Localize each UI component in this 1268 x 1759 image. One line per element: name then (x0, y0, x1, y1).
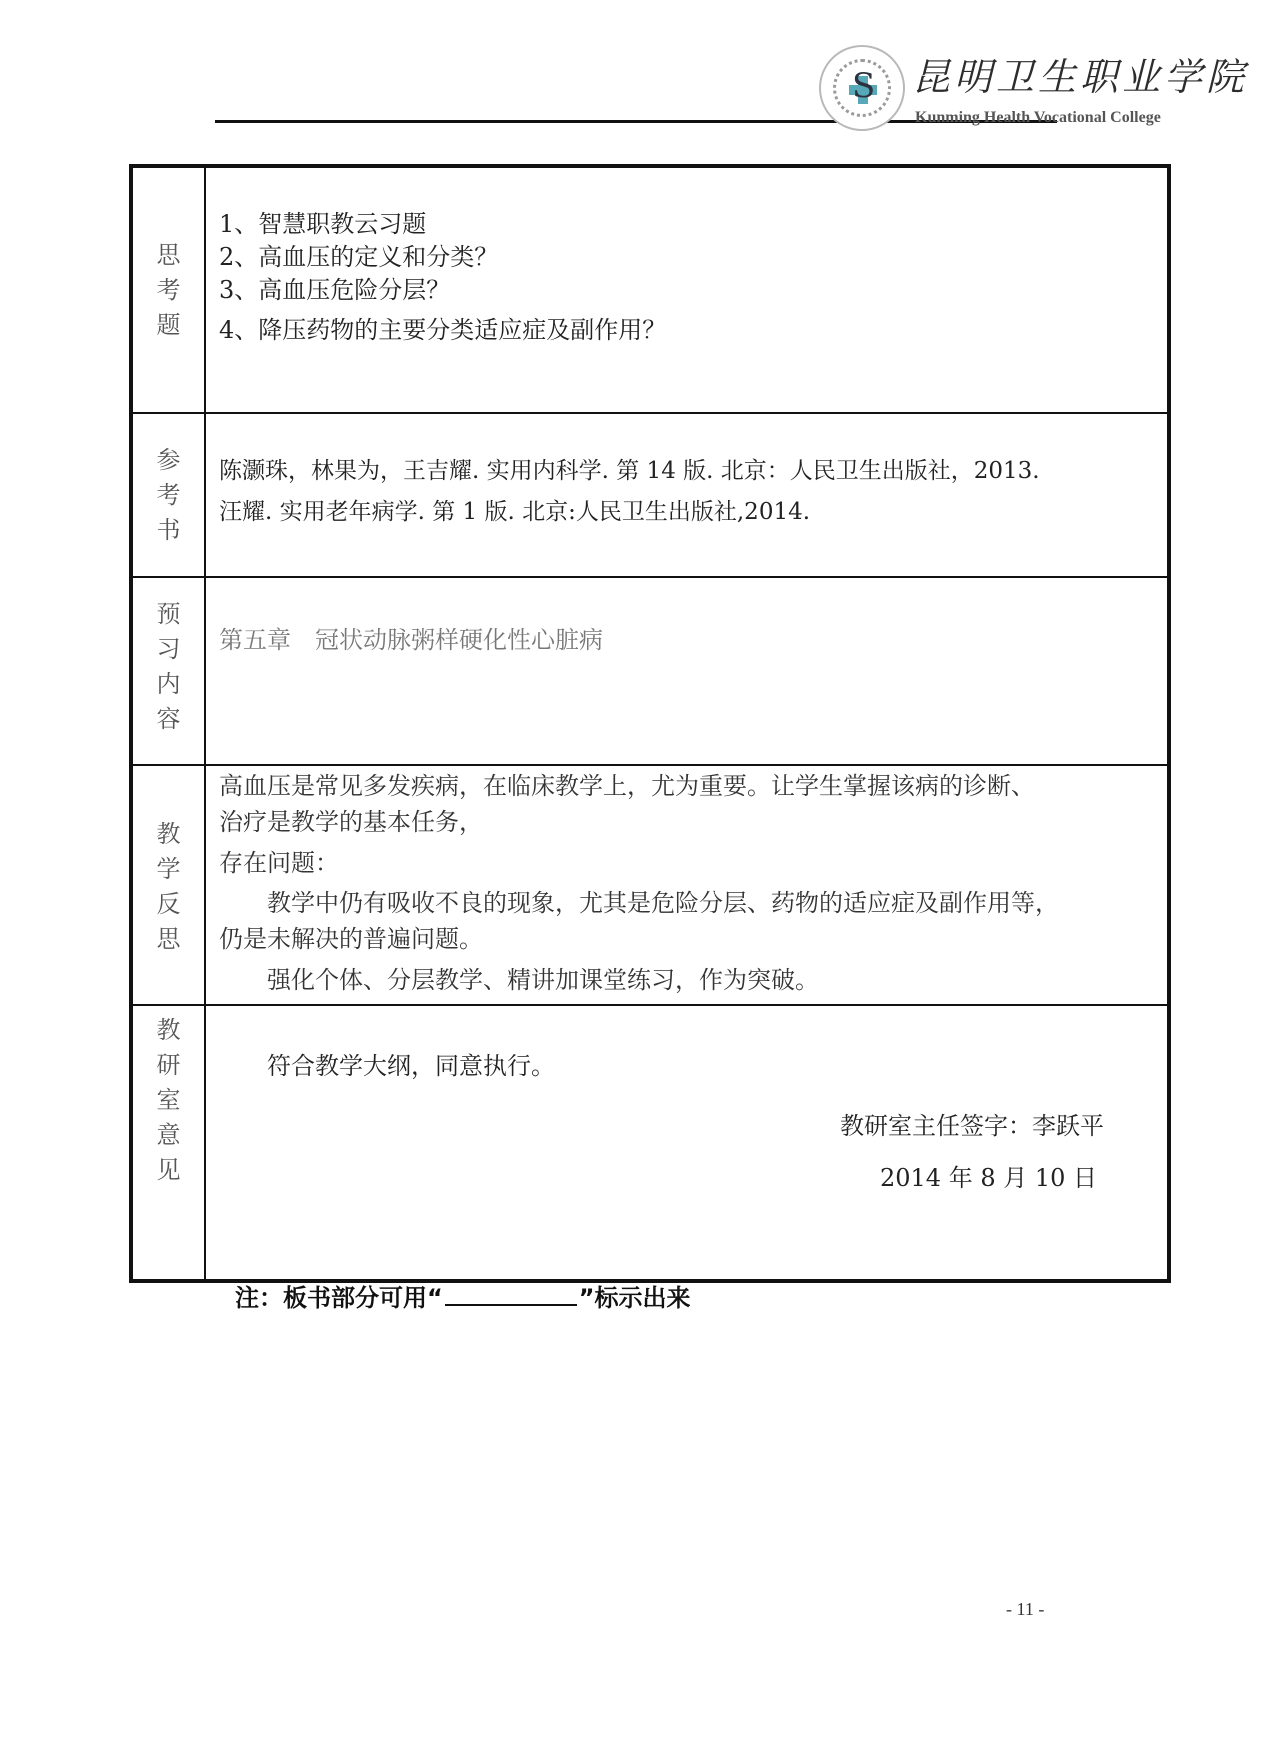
reflection-line-4: 教学中仍有吸收不良的现象，尤其是危险分层、药物的适应症及副作用等， (219, 887, 1059, 920)
label-char: 书 (133, 513, 204, 548)
college-emblem-icon: S (819, 45, 905, 131)
row-label-thinking-questions: 思 考 题 (133, 238, 204, 343)
row-label-dept-opinion: 教 研 室 意 见 (133, 1013, 204, 1188)
reflection-line-6: 强化个体、分层教学、精讲加课堂练习，作为突破。 (219, 964, 819, 997)
label-char: 内 (133, 667, 204, 702)
reference-2: 汪耀. 实用老年病学. 第 1 版. 北京:人民卫生出版社,2014. (219, 496, 810, 529)
page-number: - 11 - (1006, 1599, 1044, 1620)
row-divider (129, 1004, 1171, 1006)
footnote: 注：板书部分可用“”标示出来 (235, 1278, 691, 1313)
row-label-preview: 预 习 内 容 (133, 597, 204, 737)
label-char: 室 (133, 1083, 204, 1118)
preview-content: 第五章 冠状动脉粥样硬化性心脏病 (219, 624, 603, 657)
label-char: 教 (133, 817, 204, 852)
label-char: 考 (133, 478, 204, 513)
label-char: 研 (133, 1048, 204, 1083)
footnote-prefix: 注：板书部分可用“ (235, 1284, 443, 1312)
label-char: 思 (133, 922, 204, 957)
label-column-divider (204, 164, 206, 1283)
label-char: 思 (133, 238, 204, 273)
thinking-question-1: 1、智慧职教云习题 (219, 208, 426, 241)
label-char: 预 (133, 597, 204, 632)
thinking-question-4: 4、降压药物的主要分类适应症及副作用？ (219, 314, 666, 347)
label-char: 习 (133, 632, 204, 667)
approval-date: 2014 年 8 月 10 日 (880, 1162, 1097, 1195)
label-char: 意 (133, 1118, 204, 1153)
serpent-icon: S (852, 69, 875, 103)
label-char: 题 (133, 308, 204, 343)
label-char: 容 (133, 702, 204, 737)
college-name-en: Kunming Health Vocational College (915, 110, 1161, 126)
label-char: 考 (133, 273, 204, 308)
thinking-question-2: 2、高血压的定义和分类？ (219, 241, 498, 274)
reference-1: 陈灏珠，林果为，王吉耀. 实用内科学. 第 14 版. 北京：人民卫生出版社，2… (219, 455, 1040, 488)
row-divider (129, 576, 1171, 578)
thinking-question-3: 3、高血压危险分层？ (219, 274, 450, 307)
row-divider (129, 764, 1171, 766)
row-divider (129, 412, 1171, 414)
reflection-line-2: 治疗是教学的基本任务， (219, 806, 483, 839)
label-char: 教 (133, 1013, 204, 1048)
college-name-cn: 昆明卫生职业学院 (912, 58, 1248, 96)
dept-opinion-text: 符合教学大纲，同意执行。 (219, 1050, 555, 1083)
label-char: 参 (133, 443, 204, 478)
reflection-line-1: 高血压是常见多发疾病，在临床教学上，尤为重要。让学生掌握该病的诊断、 (219, 770, 1035, 803)
row-label-reflection: 教 学 反 思 (133, 817, 204, 957)
underline-sample (445, 1284, 577, 1306)
reflection-line-3: 存在问题： (219, 847, 339, 880)
label-char: 见 (133, 1153, 204, 1188)
director-signature: 教研室主任签字：李跃平 (840, 1110, 1104, 1143)
label-char: 反 (133, 887, 204, 922)
footnote-suffix: ”标示出来 (579, 1284, 691, 1312)
reflection-line-5: 仍是未解决的普遍问题。 (219, 923, 483, 956)
label-char: 学 (133, 852, 204, 887)
row-label-references: 参 考 书 (133, 443, 204, 548)
